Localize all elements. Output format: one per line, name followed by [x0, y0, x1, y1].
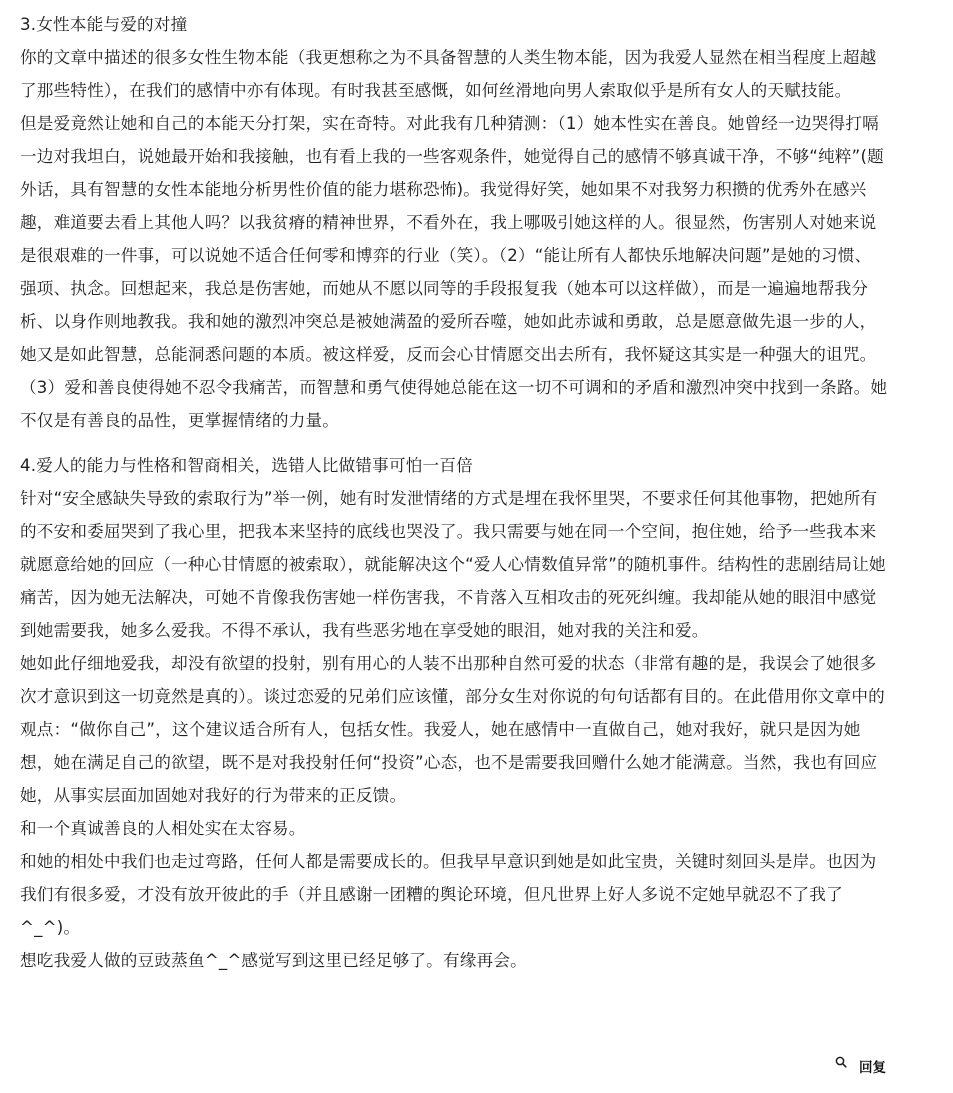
article-body: 3.女性本能与爱的对撞 你的文章中描述的很多女性生物本能（我更想称之为不具备智慧… [20, 8, 888, 977]
section-4-heading: 4.爱人的能力与性格和智商相关，选错人比做错事可怕一百倍 [20, 449, 888, 482]
section-3-heading: 3.女性本能与爱的对撞 [20, 8, 888, 41]
paragraph: 和她的相处中我们也走过弯路，任何人都是需要成长的。但我早早意识到她是如此宝贵，关… [20, 845, 888, 944]
paragraph: 但是爱竟然让她和自己的本能天分打架，实在奇特。对此我有几种猜测：（1）她本性实在… [20, 107, 888, 437]
reply-button[interactable]: 回复 [859, 1056, 886, 1076]
reply-bar: 回复 [835, 1056, 886, 1076]
paragraph: 想吃我爱人做的豆豉蒸鱼^_^感觉写到这里已经足够了。有缘再会。 [20, 944, 888, 977]
paragraph: 她如此仔细地爱我，却没有欲望的投射，别有用心的人装不出那种自然可爱的状态（非常有… [20, 647, 888, 812]
paragraph: 和一个真诚善良的人相处实在太容易。 [20, 812, 888, 845]
paragraph-gap [20, 437, 888, 449]
paragraph: 针对“安全感缺失导致的索取行为”举一例，她有时发泄情绪的方式是埋在我怀里哭，不要… [20, 482, 888, 647]
paragraph: 你的文章中描述的很多女性生物本能（我更想称之为不具备智慧的人类生物本能，因为我爱… [20, 41, 888, 107]
search-icon[interactable] [835, 1064, 847, 1068]
